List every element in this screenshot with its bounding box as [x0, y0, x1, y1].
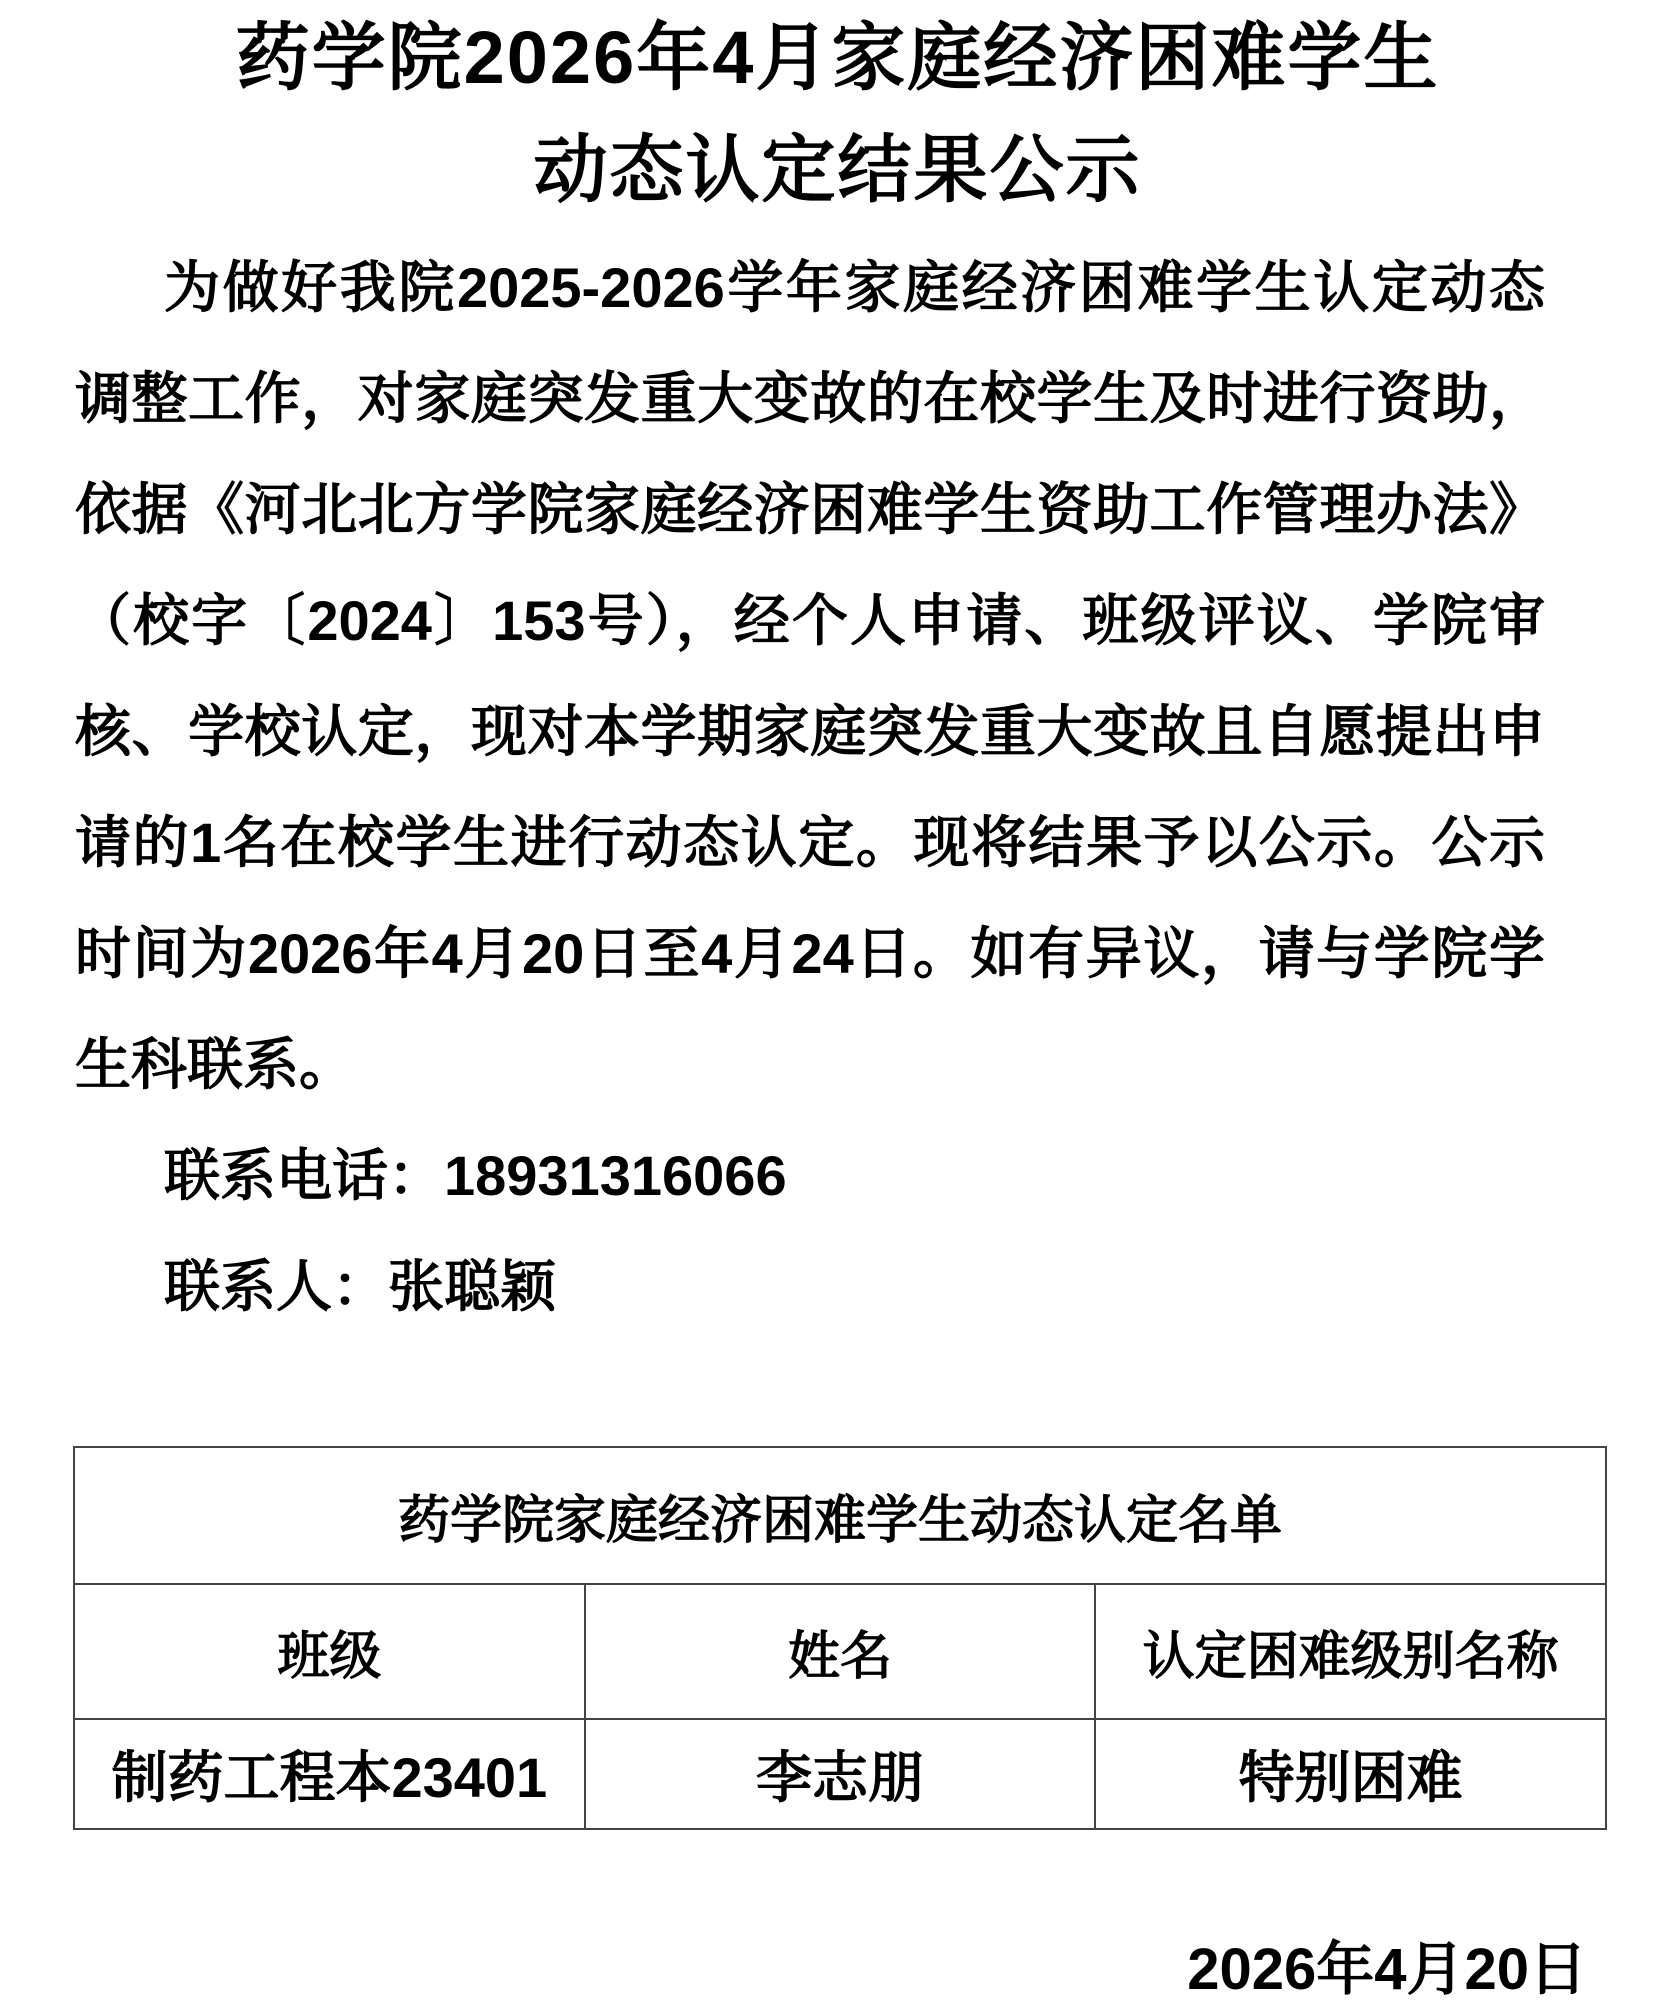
- contact-person-line: 联系人：张聪颖: [75, 1231, 1545, 1342]
- contact-person-name: 张聪颖: [388, 1255, 556, 1318]
- page-title-line-2: 动态认定结果公示: [0, 114, 1675, 226]
- contact-phone-line: 联系电话：18931316066: [75, 1120, 1545, 1231]
- signature-date: 2026年4月20日: [0, 1934, 1675, 2006]
- table-row: 制药工程本23401 李志朋 特别困难: [74, 1719, 1606, 1829]
- body-paragraph: 为做好我院2025-2026学年家庭经济困难学生认定动态调整工作，对家庭突发重大…: [75, 232, 1545, 1120]
- column-header-name: 姓名: [585, 1584, 1096, 1719]
- table-header-row: 班级 姓名 认定困难级别名称: [74, 1584, 1606, 1719]
- page-title-line-1: 药学院2026年4月家庭经济困难学生: [0, 2, 1675, 114]
- contact-phone-number: 18931316066: [444, 1144, 787, 1207]
- column-header-difficulty-level: 认定困难级别名称: [1095, 1584, 1606, 1719]
- page-title: 药学院2026年4月家庭经济困难学生 动态认定结果公示: [0, 0, 1675, 226]
- column-header-class: 班级: [74, 1584, 585, 1719]
- table-title: 药学院家庭经济困难学生动态认定名单: [74, 1447, 1606, 1584]
- cell-difficulty-level: 特别困难: [1095, 1719, 1606, 1829]
- cell-student-name: 李志朋: [585, 1719, 1096, 1829]
- contact-person-label: 联系人：: [164, 1255, 388, 1318]
- cell-class-name: 制药工程本23401: [74, 1719, 585, 1829]
- recognition-roster-table: 药学院家庭经济困难学生动态认定名单 班级 姓名 认定困难级别名称 制药工程本23…: [73, 1446, 1607, 1830]
- table-title-row: 药学院家庭经济困难学生动态认定名单: [74, 1447, 1606, 1584]
- announcement-document: 药学院2026年4月家庭经济困难学生 动态认定结果公示 为做好我院2025-20…: [0, 0, 1675, 2007]
- contact-phone-label: 联系电话：: [164, 1144, 444, 1207]
